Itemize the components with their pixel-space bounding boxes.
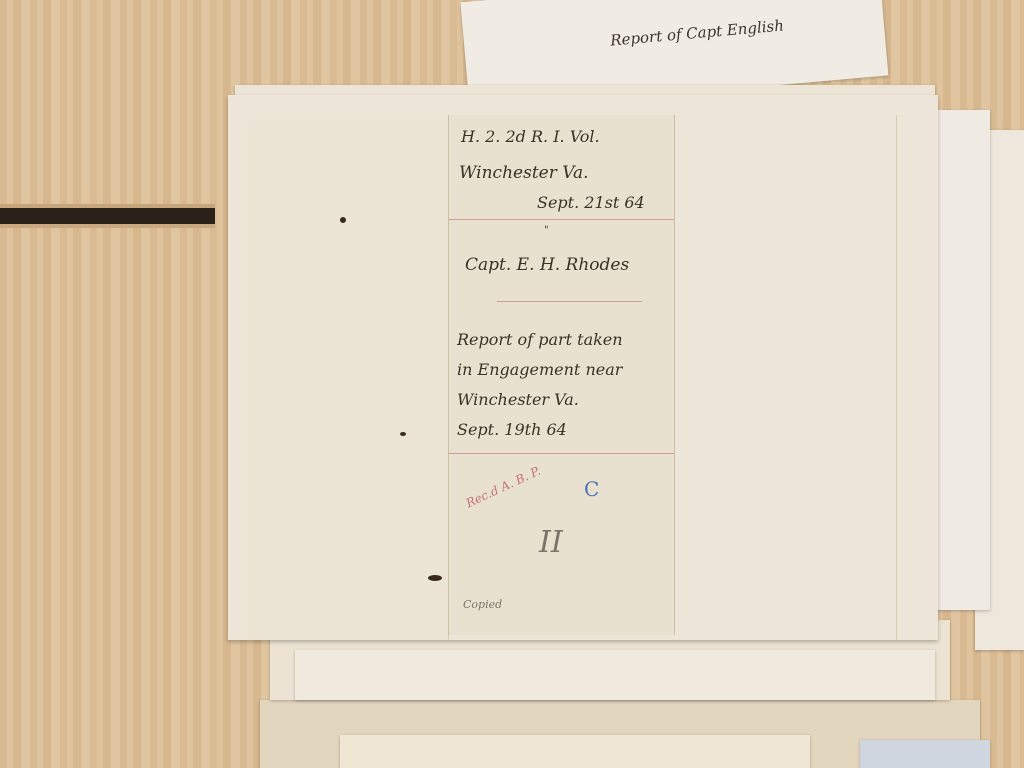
background-paper-bottom-lower: [340, 735, 810, 768]
table-seam: [0, 208, 215, 224]
docket-subject-3: Winchester Va.: [457, 390, 579, 409]
docket-subject-1: Report of part taken: [457, 330, 623, 349]
background-paper-bottom-strip: [295, 650, 935, 700]
ditto-mark: ": [544, 225, 549, 236]
pencil-note: Copied: [463, 598, 502, 611]
received-note: Rec.d A. B. P.: [464, 464, 543, 511]
docket-subject-2: in Engagement near: [457, 360, 622, 379]
blue-paper-corner: [860, 740, 990, 768]
ink-stain: [400, 432, 406, 436]
red-rule-bottom: [449, 453, 674, 454]
docket-place: Winchester Va.: [459, 163, 589, 183]
ink-stain: [428, 575, 442, 581]
roman-numeral: II: [539, 525, 563, 560]
red-rule-short: [497, 301, 642, 302]
right-panel: [676, 115, 897, 640]
red-rule: [449, 219, 674, 220]
docket-unit: H. 2. 2d R. I. Vol.: [461, 127, 600, 146]
docket-panel: H. 2. 2d R. I. Vol. Winchester Va. Sept.…: [448, 115, 675, 635]
left-panel: [246, 115, 449, 640]
docket-date: Sept. 21st 64: [537, 193, 645, 212]
docket-subject-4: Sept. 19th 64: [457, 420, 567, 439]
blue-letter-mark: C: [584, 477, 599, 501]
docket-author: Capt. E. H. Rhodes: [465, 255, 629, 275]
ink-stain: [340, 217, 346, 223]
